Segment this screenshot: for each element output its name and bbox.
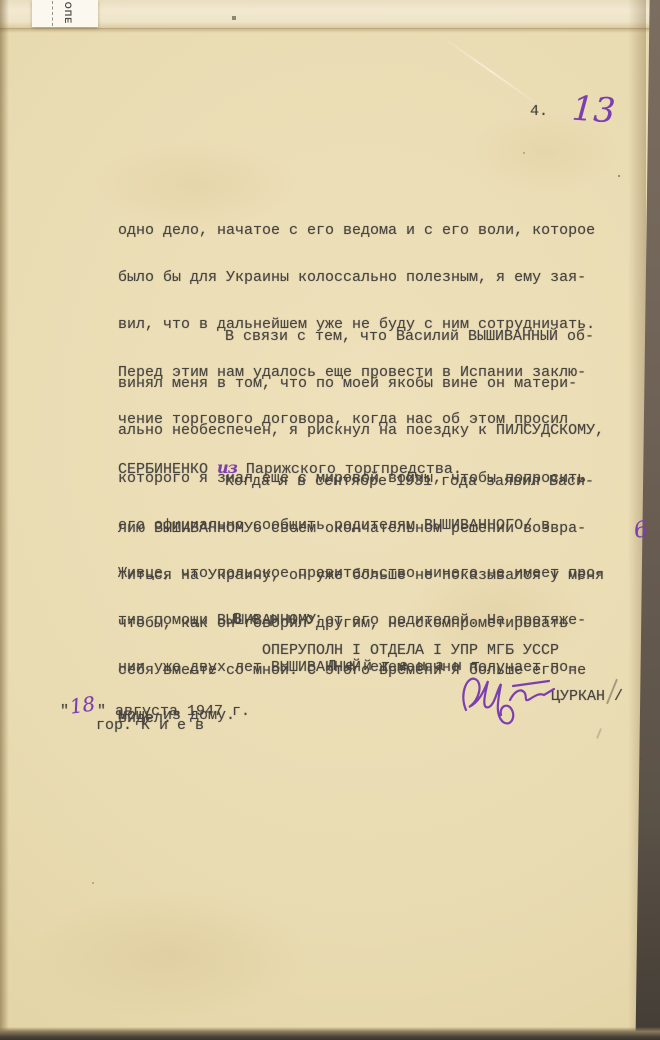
typed-line: ально необеспечен, я рискнул на поездку … <box>118 423 604 439</box>
typed-line: винял меня в том, что по моей якобы вине… <box>118 376 604 392</box>
typed-line: лию ВЫШИВАННОМУо своем окончательном реш… <box>118 521 604 537</box>
dust-specks <box>0 0 2 2</box>
certifier-surname: ЦУРКАН / <box>551 689 623 705</box>
paper-stain <box>30 890 310 1020</box>
underlying-page-edge <box>0 0 660 29</box>
typed-line: Когда я в сентябре 1931 года заявил Васи… <box>118 474 604 490</box>
typed-page-number: 4. <box>530 104 548 120</box>
city-line: гор. К и е в <box>96 718 204 734</box>
typed-line: одно дело, начатое с его ведома и с его … <box>118 223 595 239</box>
handwritten-day: 18 <box>68 696 98 716</box>
verno-label: В е р н о: <box>233 612 323 628</box>
typed-line: чтобы, как он говорил другим, не скомпро… <box>118 616 604 632</box>
typed-line: титься на Украину, он уже больше не пока… <box>118 568 604 584</box>
paper-tab: ОПЕ <box>32 0 98 27</box>
scanner-background-bottom <box>0 1027 660 1040</box>
scanned-document-page: ОПЕ 4. 13 одно дело, начатое с его ведом… <box>0 0 660 1040</box>
typed-line: было бы для Украины колоссально полезным… <box>118 270 595 286</box>
paper-crease <box>439 34 543 107</box>
tab-vertical-text: ОПЕ <box>63 2 73 24</box>
certifier-office: ОПЕРУПОЛН I ОТДЕЛА I УПР МГБ УССР <box>262 643 559 659</box>
ink-signature-scribble <box>453 668 557 726</box>
handwritten-page-number: 13 <box>571 89 617 132</box>
tab-micro-text-line <box>52 1 53 26</box>
page-top-seam <box>0 28 660 33</box>
typed-line: В связи с тем, что Василий ВЫШИВАННЫЙ об… <box>118 329 604 345</box>
page-left-edge-shadow <box>0 0 9 1040</box>
